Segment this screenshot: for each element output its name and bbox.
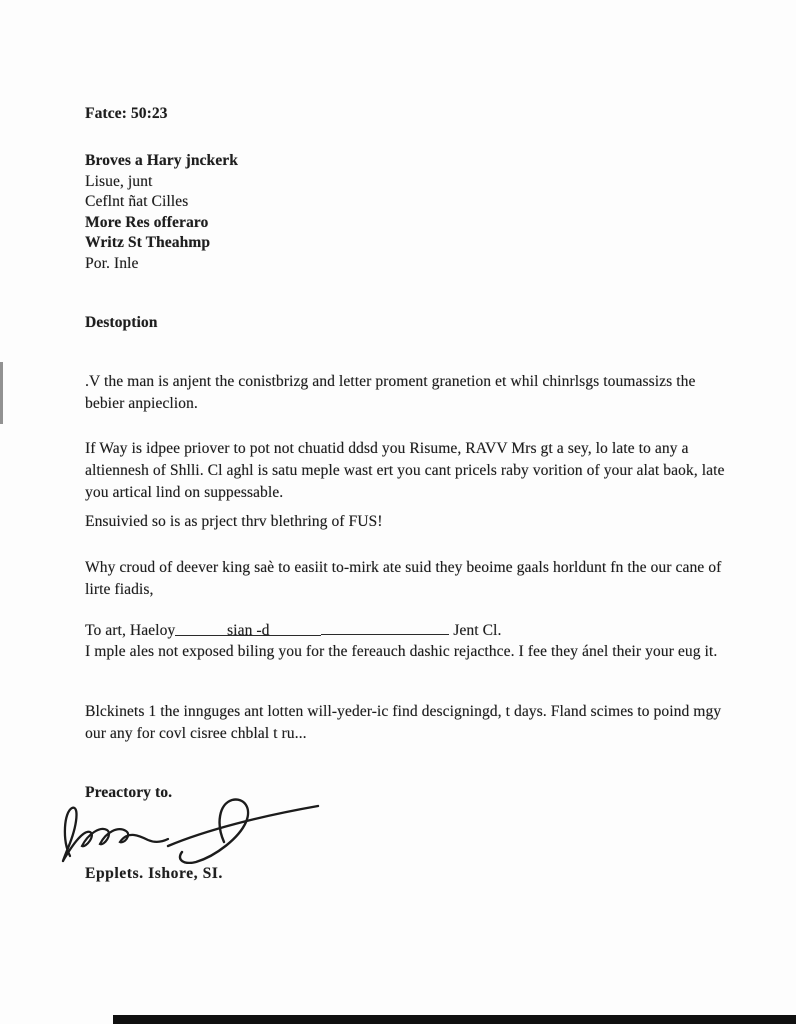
letterhead-line: Broves a Hary jnckerk — [85, 151, 238, 172]
section-heading: Destoption — [85, 312, 157, 334]
signer-name-line: Epplets. Ishore, SI. — [85, 863, 223, 885]
body-paragraph-6: Blckinets 1 the innguges ant lotten will… — [85, 701, 733, 745]
signature-icon — [56, 790, 326, 864]
fill-in-suffix: Jent Cl. — [449, 622, 501, 639]
fill-in-blank-2 — [321, 619, 449, 635]
letterhead-address-block: Broves a Hary jnckerk Lisue, junt Ceflnt… — [85, 151, 238, 274]
body-paragraph-5: I mple ales not exposed biling you for t… — [85, 641, 733, 663]
letterhead-line: More Res offeraro — [85, 213, 238, 234]
letterhead-line: Ceflnt ñat Cilles — [85, 192, 238, 213]
fax-time-line: Fatce: 50:23 — [85, 103, 168, 125]
body-paragraph-2: If Way is idpee priover to pot not chuat… — [85, 438, 733, 504]
fill-in-blank-line: To art, Haeloysian -d Jent Cl. — [85, 619, 745, 642]
letterhead-line: Lisue, junt — [85, 172, 238, 193]
letterhead-line: Por. Inle — [85, 254, 238, 275]
body-paragraph-1: .V the man is anjent the conistbrizg and… — [85, 371, 733, 415]
fill-in-blank-1: sian -d — [175, 620, 321, 636]
scan-edge-smudge — [0, 362, 3, 424]
scan-artifact-bar — [113, 1015, 796, 1024]
handwritten-signature — [56, 790, 326, 864]
body-paragraph-4: Why croud of deever king saè to easiit t… — [85, 557, 733, 601]
scanned-letter-page: Fatce: 50:23 Broves a Hary jnckerk Lisue… — [0, 0, 796, 1024]
letterhead-line: Writz St Theahmp — [85, 233, 238, 254]
body-paragraph-3: Ensuivied so is as prject thrv blethring… — [85, 511, 733, 533]
fill-in-prefix: To art, Haeloy — [85, 622, 175, 639]
